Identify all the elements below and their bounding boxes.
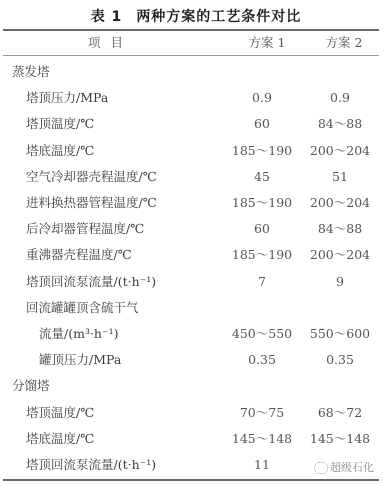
- row-label: 后冷却器管程温度/℃: [26, 218, 144, 240]
- table-row: 后冷却器管程温度/℃6084～88: [0, 218, 392, 240]
- scheme-2-value: 200～204: [300, 244, 380, 266]
- scheme-2-value: 9: [300, 271, 380, 293]
- table-row: 塔底温度/℃145～148145～148: [0, 428, 392, 450]
- row-label: 蒸发塔: [12, 61, 50, 83]
- row-label: 塔顶温度/℃: [26, 402, 94, 424]
- row-label: 进料换热器管程温度/℃: [26, 192, 157, 214]
- table-row: 塔顶压力/MPa0.90.9: [0, 87, 392, 109]
- table-row: 空气冷却器壳程温度/℃4551: [0, 166, 392, 188]
- table-row: 罐顶压力/MPa0.350.35: [0, 349, 392, 371]
- watermark-text: 超级石化: [330, 461, 374, 474]
- scheme-2-value: 145～148: [300, 428, 380, 450]
- header-rule: [3, 55, 379, 56]
- row-label: 空气冷却器壳程温度/℃: [26, 166, 157, 188]
- table-header: 项目 方案 1 方案 2: [0, 33, 392, 53]
- scheme-2-value: 84～88: [300, 113, 380, 135]
- scheme-1-value: 60: [222, 218, 302, 240]
- scheme-2-value: 68～72: [300, 402, 380, 424]
- table-row: 流量/(m³·h⁻¹)450～550550～600: [0, 323, 392, 345]
- row-label: 塔底温度/℃: [26, 140, 94, 162]
- section-row: 分馏塔: [0, 375, 392, 397]
- scheme-1-value: 185～190: [222, 244, 302, 266]
- scheme-2-value: 0.9: [300, 87, 380, 109]
- scheme-2-value: 0.35: [300, 349, 380, 371]
- scheme-1-value: 185～190: [222, 192, 302, 214]
- watermark: 超级石化: [314, 459, 374, 475]
- row-label: 塔顶回流泵流量/(t·h⁻¹): [26, 454, 156, 476]
- scheme-1-value: 145～148: [222, 428, 302, 450]
- scheme-1-value: 45: [222, 166, 302, 188]
- row-label: 分馏塔: [12, 375, 50, 397]
- row-label: 塔顶回流泵流量/(t·h⁻¹): [26, 271, 156, 293]
- table-row: 回流罐罐顶含硫干气: [0, 297, 392, 319]
- scheme-1-value: 11: [222, 454, 302, 476]
- scheme-1-value: 70～75: [222, 402, 302, 424]
- header-item: 项目: [88, 33, 133, 51]
- scheme-2-value: 84～88: [300, 218, 380, 240]
- scheme-2-value: 550～600: [300, 323, 380, 345]
- row-label: 塔顶温度/℃: [26, 113, 94, 135]
- row-label: 回流罐罐顶含硫干气: [26, 297, 139, 319]
- table-row: 塔顶回流泵流量/(t·h⁻¹)79: [0, 271, 392, 293]
- scheme-2-value: 200～204: [300, 192, 380, 214]
- table-row: 塔顶温度/℃6084～88: [0, 113, 392, 135]
- table-caption: 两种方案的工艺条件对比: [136, 9, 301, 25]
- table-row: 重沸器壳程温度/℃185～190200～204: [0, 244, 392, 266]
- scheme-1-value: 0.35: [222, 349, 302, 371]
- table-title: 表 1两种方案的工艺条件对比: [0, 6, 392, 26]
- scheme-2-value: 51: [300, 166, 380, 188]
- scheme-1-value: 185～190: [222, 140, 302, 162]
- row-label: 塔顶压力/MPa: [26, 87, 108, 109]
- row-label: 重沸器壳程温度/℃: [26, 244, 132, 266]
- scheme-1-value: 450～550: [222, 323, 302, 345]
- table-row: 进料换热器管程温度/℃185～190200～204: [0, 192, 392, 214]
- section-row: 蒸发塔: [0, 61, 392, 83]
- header-scheme-2: 方案 2: [309, 33, 379, 51]
- table-row: 塔顶温度/℃70～7568～72: [0, 402, 392, 424]
- row-label: 塔底温度/℃: [26, 428, 94, 450]
- table-number: 表 1: [91, 9, 123, 25]
- top-rule: [3, 29, 379, 31]
- scheme-2-value: 200～204: [300, 140, 380, 162]
- scheme-1-value: 60: [222, 113, 302, 135]
- table-row: 塔底温度/℃185～190200～204: [0, 140, 392, 162]
- header-scheme-1: 方案 1: [232, 33, 302, 51]
- row-label: 罐顶压力/MPa: [39, 349, 121, 371]
- scheme-1-value: 7: [222, 271, 302, 293]
- scheme-1-value: 0.9: [222, 87, 302, 109]
- row-label: 流量/(m³·h⁻¹): [39, 323, 118, 345]
- bottom-rule: [3, 479, 379, 481]
- wechat-icon: [314, 462, 328, 474]
